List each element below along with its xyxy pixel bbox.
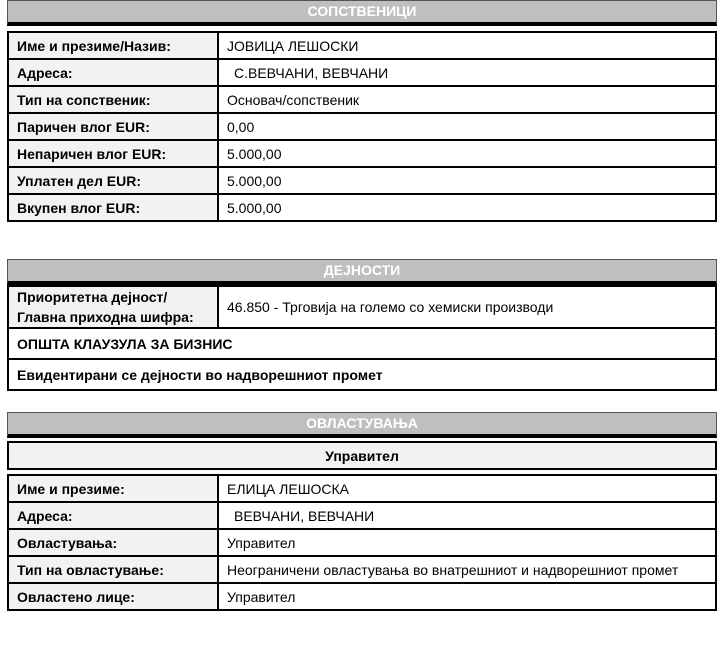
paid-part-value: 5.000,00 [218, 167, 716, 194]
general-clause: ОПШТА КЛАУЗУЛА ЗА БИЗНИС [8, 328, 716, 359]
table-row: Паричен влог EUR: 0,00 [8, 113, 716, 140]
authorizations-header: ОВЛАСТУВАЊА [7, 412, 717, 438]
table-row: ОПШТА КЛАУЗУЛА ЗА БИЗНИС [8, 328, 716, 359]
cash-contribution-label: Паричен влог EUR: [8, 113, 218, 140]
table-row: Евидентирани се дејности во надворешниот… [8, 359, 716, 390]
table-row: Адреса: С.ВЕВЧАНИ, ВЕВЧАНИ [8, 59, 716, 86]
authorized-person-label: Овластено лице: [8, 583, 218, 610]
owners-table: Име и презиме/Назив: ЈОВИЦА ЛЕШОСКИ Адре… [7, 31, 717, 222]
auth-address-label: Адреса: [8, 502, 218, 529]
manager-subheader: Управител [8, 442, 716, 469]
table-row: Име и презиме: ЕЛИЦА ЛЕШОСКА [8, 475, 716, 502]
table-row: Тип на овластување: Неограничени овласту… [8, 556, 716, 583]
owners-section: СОПСТВЕНИЦИ Име и презиме/Назив: ЈОВИЦА … [7, 0, 717, 222]
activities-header: ДЕЈНОСТИ [7, 259, 717, 285]
paid-part-label: Уплатен дел EUR: [8, 167, 218, 194]
activities-table: Приоритетна дејност/ Главна приходна шиф… [7, 285, 717, 391]
table-row: Име и презиме/Назив: ЈОВИЦА ЛЕШОСКИ [8, 32, 716, 59]
table-row: Овластувања: Управител [8, 529, 716, 556]
table-row: Овластено лице: Управител [8, 583, 716, 610]
priority-activity-label: Приоритетна дејност/ Главна приходна шиф… [8, 286, 218, 328]
noncash-contribution-value: 5.000,00 [218, 140, 716, 167]
owner-address-value: С.ВЕВЧАНИ, ВЕВЧАНИ [218, 59, 716, 86]
table-row: Вкупен влог EUR: 5.000,00 [8, 194, 716, 221]
auth-powers-label: Овластувања: [8, 529, 218, 556]
total-contribution-label: Вкупен влог EUR: [8, 194, 218, 221]
auth-powers-value: Управител [218, 529, 716, 556]
auth-type-label: Тип на овластување: [8, 556, 218, 583]
total-contribution-value: 5.000,00 [218, 194, 716, 221]
table-row: Тип на сопственик: Основач/сопственик [8, 86, 716, 113]
authorized-person-value: Управител [218, 583, 716, 610]
priority-label-line2: Главна приходна шифра: [17, 307, 209, 327]
cash-contribution-value: 0,00 [218, 113, 716, 140]
auth-name-value: ЕЛИЦА ЛЕШОСКА [218, 475, 716, 502]
table-row: Непаричен влог EUR: 5.000,00 [8, 140, 716, 167]
owners-header: СОПСТВЕНИЦИ [7, 0, 717, 26]
authorizations-section: ОВЛАСТУВАЊА Управител Име и презиме: ЕЛИ… [7, 412, 717, 611]
authorizations-table: Име и презиме: ЕЛИЦА ЛЕШОСКА Адреса: ВЕВ… [7, 474, 717, 611]
auth-type-value: Неограничени овластувања во внатрешниот … [218, 556, 716, 583]
owner-address-label: Адреса: [8, 59, 218, 86]
owner-name-value: ЈОВИЦА ЛЕШОСКИ [218, 32, 716, 59]
table-row: Адреса: ВЕВЧАНИ, ВЕВЧАНИ [8, 502, 716, 529]
table-row: Уплатен дел EUR: 5.000,00 [8, 167, 716, 194]
owner-type-value: Основач/сопственик [218, 86, 716, 113]
table-row: Приоритетна дејност/ Главна приходна шиф… [8, 286, 716, 328]
owner-type-label: Тип на сопственик: [8, 86, 218, 113]
owner-name-label: Име и презиме/Назив: [8, 32, 218, 59]
priority-label-line1: Приоритетна дејност/ [17, 287, 209, 307]
priority-activity-value: 46.850 - Трговија на големо со хемиски п… [218, 286, 716, 328]
auth-address-value: ВЕВЧАНИ, ВЕВЧАНИ [218, 502, 716, 529]
activities-section: ДЕЈНОСТИ Приоритетна дејност/ Главна при… [7, 259, 717, 391]
manager-subheader-table: Управител [7, 441, 717, 470]
noncash-contribution-label: Непаричен влог EUR: [8, 140, 218, 167]
table-row: Управител [8, 442, 716, 469]
auth-name-label: Име и презиме: [8, 475, 218, 502]
foreign-trade-note: Евидентирани се дејности во надворешниот… [8, 359, 716, 390]
